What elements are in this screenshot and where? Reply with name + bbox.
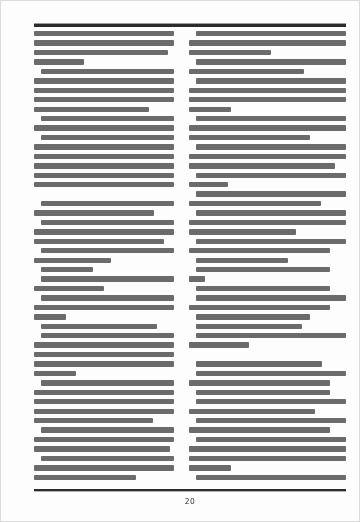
redacted-text-line (34, 397, 174, 406)
redacted-text-bar (189, 229, 296, 234)
redacted-text-line (34, 369, 174, 378)
redacted-text-line (189, 369, 346, 378)
redacted-text-line (189, 425, 346, 434)
redacted-text-bar (196, 371, 347, 376)
redacted-text-line (34, 76, 174, 85)
redacted-text-line (34, 227, 174, 236)
redacted-text-bar (34, 399, 174, 404)
redacted-text-bar (34, 154, 174, 159)
redacted-text-line (34, 29, 174, 38)
redacted-text-line (34, 340, 174, 349)
redacted-text-bar (34, 78, 174, 83)
redacted-text-bar (34, 125, 174, 130)
redacted-text-bar (41, 427, 175, 432)
redacted-text-line (34, 208, 174, 217)
page-number: 20 (34, 497, 346, 506)
redacted-text-line (34, 105, 174, 114)
redacted-text-line (189, 29, 346, 38)
redacted-text-bar (189, 97, 346, 102)
redacted-text-line (189, 180, 346, 189)
redacted-text-bar (196, 31, 347, 36)
redacted-text-bar (41, 116, 175, 121)
redacted-text-line (189, 359, 346, 368)
redacted-text-line (189, 397, 346, 406)
redacted-text-line (189, 123, 346, 132)
redacted-text-bar (189, 380, 330, 385)
redacted-text-line (189, 293, 346, 302)
redacted-text-bar (41, 276, 175, 281)
redacted-text-bar (196, 210, 347, 215)
redacted-text-line (189, 67, 346, 76)
redacted-text-line (189, 133, 346, 142)
redacted-text-line (189, 340, 346, 349)
redacted-text-bar (189, 163, 335, 168)
redacted-text-bar (196, 333, 347, 338)
redacted-text-line (34, 416, 174, 425)
redacted-text-line (189, 114, 346, 123)
redacted-text-bar (34, 371, 76, 376)
redacted-text-line (34, 350, 174, 359)
redacted-text-bar (189, 135, 310, 140)
redacted-text-line (189, 444, 346, 453)
redacted-text-bar (189, 182, 228, 187)
redacted-text-line (34, 256, 174, 265)
redacted-text-line (34, 473, 174, 482)
redacted-text-line (34, 218, 174, 227)
redacted-text-line (189, 274, 346, 283)
redacted-text-bar (34, 342, 174, 347)
redacted-text-bar (34, 31, 174, 36)
redacted-text-line (189, 388, 346, 397)
redacted-text-bar (34, 446, 170, 451)
redacted-text-bar (196, 59, 347, 64)
redacted-text-bar (189, 427, 330, 432)
redacted-text-bar (34, 305, 174, 310)
redacted-text-line (189, 256, 346, 265)
redacted-text-line (189, 473, 346, 482)
redacted-text-bar (196, 239, 347, 244)
redacted-text-bar (196, 437, 347, 442)
redacted-text-bar (189, 276, 205, 281)
redacted-text-line (34, 180, 174, 189)
redacted-text-bar (196, 116, 347, 121)
redacted-text-bar (41, 201, 175, 206)
redacted-text-bar (34, 88, 174, 93)
redacted-text-bar (189, 107, 231, 112)
redacted-text-bar (196, 267, 331, 272)
redacted-text-bar (41, 324, 158, 329)
redacted-text-line (189, 161, 346, 170)
redacted-text-line (189, 218, 346, 227)
redacted-text-line (34, 425, 174, 434)
redacted-text-bar (34, 229, 174, 234)
redacted-text-bar (196, 399, 347, 404)
redacted-text-bar (189, 50, 271, 55)
redacted-text-line (189, 208, 346, 217)
redacted-text-bar (196, 191, 347, 196)
redacted-text-bar (189, 220, 346, 225)
redacted-text-line (34, 142, 174, 151)
redacted-text-bar (189, 248, 330, 253)
blank-line (34, 189, 174, 198)
redacted-text-line (34, 95, 174, 104)
redacted-text-line (189, 331, 346, 340)
redacted-text-line (189, 322, 346, 331)
redacted-text-line (189, 303, 346, 312)
redacted-text-line (34, 67, 174, 76)
redacted-text-bar (34, 465, 174, 470)
redacted-text-bar (34, 144, 174, 149)
redacted-text-bar (34, 50, 168, 55)
redacted-text-line (34, 265, 174, 274)
redacted-text-line (189, 265, 346, 274)
redacted-text-line (189, 38, 346, 47)
redacted-text-bar (189, 409, 315, 414)
redacted-text-line (34, 435, 174, 444)
redacted-text-line (34, 246, 174, 255)
redacted-text-line (189, 312, 346, 321)
scanned-document-page: 20 (0, 0, 360, 522)
text-column-left (34, 29, 174, 482)
redacted-text-bar (189, 446, 346, 451)
redacted-text-bar (34, 258, 111, 263)
redacted-text-bar (34, 173, 174, 178)
redacted-text-bar (34, 314, 66, 319)
redacted-text-bar (196, 144, 347, 149)
redacted-text-bar (196, 258, 288, 263)
redacted-text-line (34, 463, 174, 472)
redacted-text-line (34, 388, 174, 397)
redacted-text-bar (189, 154, 346, 159)
redacted-text-bar (34, 361, 174, 366)
redacted-text-line (34, 114, 174, 123)
redacted-text-bar (41, 267, 93, 272)
redacted-text-bar (41, 220, 175, 225)
redacted-text-bar (34, 418, 153, 423)
redacted-text-bar (34, 286, 104, 291)
redacted-text-bar (34, 437, 174, 442)
redacted-text-bar (34, 352, 174, 357)
redacted-text-bar (196, 78, 347, 83)
redacted-text-line (189, 227, 346, 236)
redacted-text-bar (196, 173, 347, 178)
redacted-text-line (189, 246, 346, 255)
redacted-text-line (34, 312, 174, 321)
redacted-text-bar (196, 361, 323, 366)
redacted-text-line (189, 105, 346, 114)
redacted-text-line (34, 331, 174, 340)
redacted-text-bar (34, 390, 174, 395)
redacted-text-bar (189, 40, 346, 45)
redacted-text-bar (34, 210, 154, 215)
redacted-text-line (189, 57, 346, 66)
redacted-text-line (34, 199, 174, 208)
redacted-text-bar (41, 295, 175, 300)
redacted-text-bar (34, 59, 84, 64)
redacted-text-line (34, 161, 174, 170)
redacted-text-line (189, 463, 346, 472)
redacted-text-line (189, 237, 346, 246)
redacted-text-bar (34, 409, 174, 414)
redacted-text-line (34, 133, 174, 142)
redacted-text-line (189, 95, 346, 104)
redacted-text-bar (189, 305, 330, 310)
redacted-text-bar (41, 69, 175, 74)
redacted-text-bar (34, 40, 174, 45)
redacted-text-line (34, 454, 174, 463)
redacted-text-line (189, 142, 346, 151)
redacted-text-bar (34, 163, 174, 168)
redacted-text-bar (196, 286, 331, 291)
redacted-text-bar (34, 97, 174, 102)
redacted-text-bar (41, 380, 175, 385)
redacted-text-line (189, 378, 346, 387)
redacted-text-line (34, 152, 174, 161)
text-column-right (189, 29, 346, 482)
redacted-text-bar (196, 295, 347, 300)
redacted-text-line (34, 359, 174, 368)
redacted-text-line (34, 284, 174, 293)
redacted-text-line (34, 293, 174, 302)
redacted-text-line (189, 454, 346, 463)
redacted-text-line (34, 237, 174, 246)
redacted-text-bar (34, 182, 174, 187)
redacted-text-line (189, 416, 346, 425)
redacted-text-line (34, 378, 174, 387)
redacted-text-line (34, 48, 174, 57)
redacted-text-bar (34, 107, 149, 112)
redacted-text-bar (189, 125, 346, 130)
redacted-text-line (189, 171, 346, 180)
redacted-text-line (189, 86, 346, 95)
redacted-text-bar (189, 342, 249, 347)
redacted-text-bar (196, 314, 310, 319)
redacted-text-line (34, 86, 174, 95)
redacted-text-bar (41, 248, 175, 253)
redacted-text-bar (196, 475, 347, 480)
redacted-text-line (34, 57, 174, 66)
redacted-text-line (189, 152, 346, 161)
redacted-text-bar (41, 333, 175, 338)
redacted-text-line (34, 123, 174, 132)
footer-rule (34, 489, 346, 492)
redacted-text-bar (41, 135, 175, 140)
redacted-text-bar (41, 456, 175, 461)
redacted-text-line (189, 284, 346, 293)
blank-line (189, 350, 346, 359)
redacted-text-line (189, 76, 346, 85)
redacted-text-bar (189, 465, 231, 470)
redacted-text-line (189, 189, 346, 198)
redacted-text-bar (189, 88, 346, 93)
redacted-text-line (34, 274, 174, 283)
redacted-text-bar (34, 475, 136, 480)
redacted-text-bar (196, 418, 347, 423)
redacted-text-bar (196, 390, 331, 395)
redacted-text-line (189, 435, 346, 444)
header-rule (34, 23, 346, 27)
redacted-text-bar (189, 69, 304, 74)
redacted-text-line (189, 407, 346, 416)
redacted-text-line (34, 407, 174, 416)
redacted-text-bar (34, 239, 164, 244)
redacted-text-line (34, 38, 174, 47)
redacted-text-bar (189, 201, 321, 206)
redacted-text-line (34, 444, 174, 453)
redacted-text-line (189, 48, 346, 57)
redacted-text-bar (189, 456, 346, 461)
redacted-text-line (34, 303, 174, 312)
redacted-text-line (34, 322, 174, 331)
redacted-text-bar (196, 324, 303, 329)
redacted-text-line (34, 171, 174, 180)
redacted-text-line (189, 199, 346, 208)
